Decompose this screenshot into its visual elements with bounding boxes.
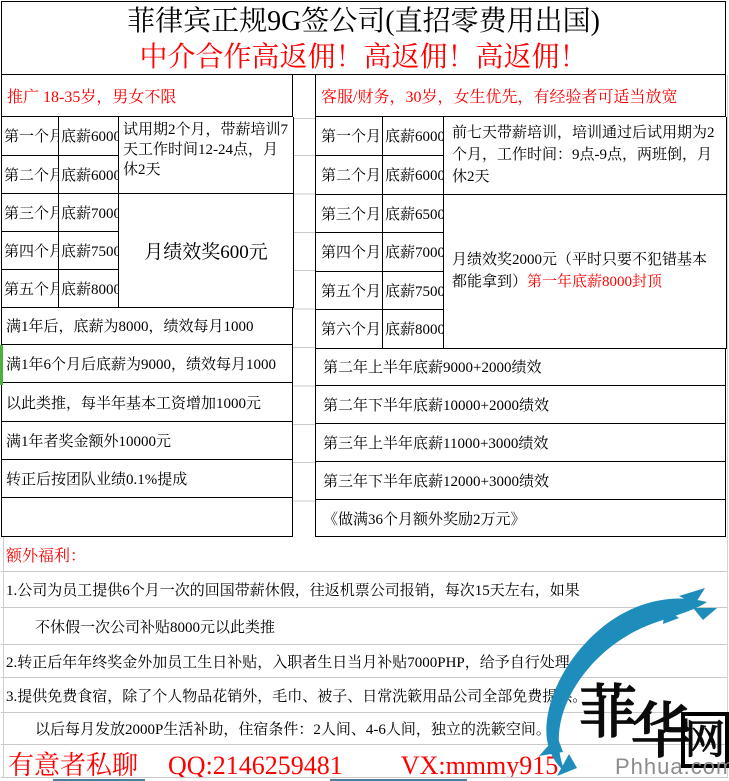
month-cell: 第四个月	[316, 232, 383, 271]
benefit-line: 1.公司为员工提供6个月一次的回国带薪休假，往返机票公司报销，每次15天左右，如…	[1, 572, 727, 608]
sheet-gridline-right	[727, 75, 728, 778]
benefit-line: 3.提供免费食宿，除了个人物品花销外，毛巾、被子、日常洗簌用品公司全部免费提供。	[1, 678, 727, 713]
training-note-cell: 前七天带薪培训，培训通过后试用期为2个月，工作时间：9点-9点，两班倒，月休2天	[444, 117, 727, 194]
salary-cell: 底薪7500	[383, 271, 444, 309]
right-salary-table: 第一个月 底薪6000 前七天带薪培训，培训通过后试用期为2个月，工作时间：9点…	[315, 117, 727, 349]
performance-bonus-cell: 月绩效奖600元	[119, 193, 294, 307]
salary-cell: 底薪8000	[383, 309, 444, 348]
benefits-heading: 额外福利：	[1, 537, 727, 572]
month-cell: 第一个月	[2, 117, 59, 155]
salary-cell: 底薪7000	[383, 232, 444, 271]
detail-row: 以此类推，每半年基本工资增加1000元	[1, 383, 293, 422]
month-cell: 第三个月	[316, 194, 383, 232]
month-cell: 第三个月	[2, 193, 59, 231]
contact-row: 有意者私聊 QQ:2146259481 VX:mmmy915	[1, 745, 727, 778]
qq-contact: QQ:2146259481	[168, 751, 343, 778]
detail-row: 满1年6个月后底薪为9000，绩效每月1000	[1, 345, 293, 383]
month-cell: 第五个月	[2, 269, 59, 307]
wechat-contact: VX:mmmy915	[401, 751, 558, 778]
contact-label: 有意者私聊	[8, 745, 138, 778]
detail-row: 第二年上半年底薪9000+2000绩效	[315, 348, 726, 386]
month-cell: 第一个月	[316, 117, 383, 155]
empty-row	[1, 498, 293, 537]
detail-row: 第三年上半年底薪11000+3000绩效	[315, 424, 726, 462]
page-subtitle: 中介合作高返佣！高返佣！高返佣！	[2, 42, 725, 74]
sheet-gridline-left	[3, 537, 4, 778]
month-cell: 第二个月	[2, 155, 59, 193]
salary-cell: 底薪7000	[59, 193, 119, 231]
salary-cell: 底薪6000	[383, 117, 444, 155]
recruitment-sheet: 菲律宾正规9G签公司(直招零费用出国) 中介合作高返佣！高返佣！高返佣！ 推广 …	[0, 0, 729, 781]
benefit-line: 以后每月发放2000P生活补助，住宿条件：2人间、4-6人间，独立的洗簌空间。	[1, 713, 727, 745]
benefit-line: 不休假一次公司补贴8000元以此类推	[1, 608, 727, 645]
salary-cap-text: 第一年底薪8000封顶	[527, 274, 662, 290]
green-edge-marker	[0, 345, 3, 385]
detail-row: 第二年下半年底薪10000+2000绩效	[315, 386, 726, 424]
spreadsheet-gap-gridlines	[293, 117, 315, 538]
month-cell: 第二个月	[316, 155, 383, 194]
month-cell: 第四个月	[2, 231, 59, 269]
salary-cell: 底薪8000	[59, 269, 119, 307]
detail-row: 满1年后，底薪为8000，绩效每月1000	[1, 307, 293, 345]
page-title: 菲律宾正规9G签公司(直招零费用出国)	[2, 2, 725, 42]
salary-cell: 底薪7500	[59, 231, 119, 269]
salary-cell: 底薪6000	[59, 155, 119, 193]
salary-cell: 底薪6000	[59, 117, 119, 155]
title-block: 菲律宾正规9G签公司(直招零费用出国) 中介合作高返佣！高返佣！高返佣！	[1, 1, 726, 75]
detail-row: 《做满36个月额外奖励2万元》	[315, 500, 726, 537]
detail-row: 第三年下半年底薪12000+3000绩效	[315, 462, 726, 500]
benefit-line: 2.转正后年年终奖金外加员工生日补贴，入职者生日当月补贴7000PHP，给予自行…	[1, 645, 727, 678]
right-job-header: 客服/财务，30岁，女生优先，有经验者可适当放宽	[315, 75, 726, 117]
left-job-header: 推广 18-35岁，男女不限	[1, 75, 293, 117]
month-cell: 第六个月	[316, 309, 383, 348]
salary-cell: 底薪6500	[383, 194, 444, 232]
detail-row: 转正后按团队业绩0.1%提成	[1, 460, 293, 498]
bonus-note-cell: 月绩效奖2000元（平时只要不犯错基本都能拿到）第一年底薪8000封顶	[444, 194, 727, 348]
probation-note-cell: 试用期2个月，带薪培训7天工作时间12-24点，月休2天	[119, 117, 294, 193]
salary-cell: 底薪6000	[383, 155, 444, 194]
detail-row: 满1年者奖金额外10000元	[1, 422, 293, 460]
left-salary-table: 第一个月 底薪6000 试用期2个月，带薪培训7天工作时间12-24点，月休2天…	[1, 117, 294, 308]
month-cell: 第五个月	[316, 271, 383, 309]
